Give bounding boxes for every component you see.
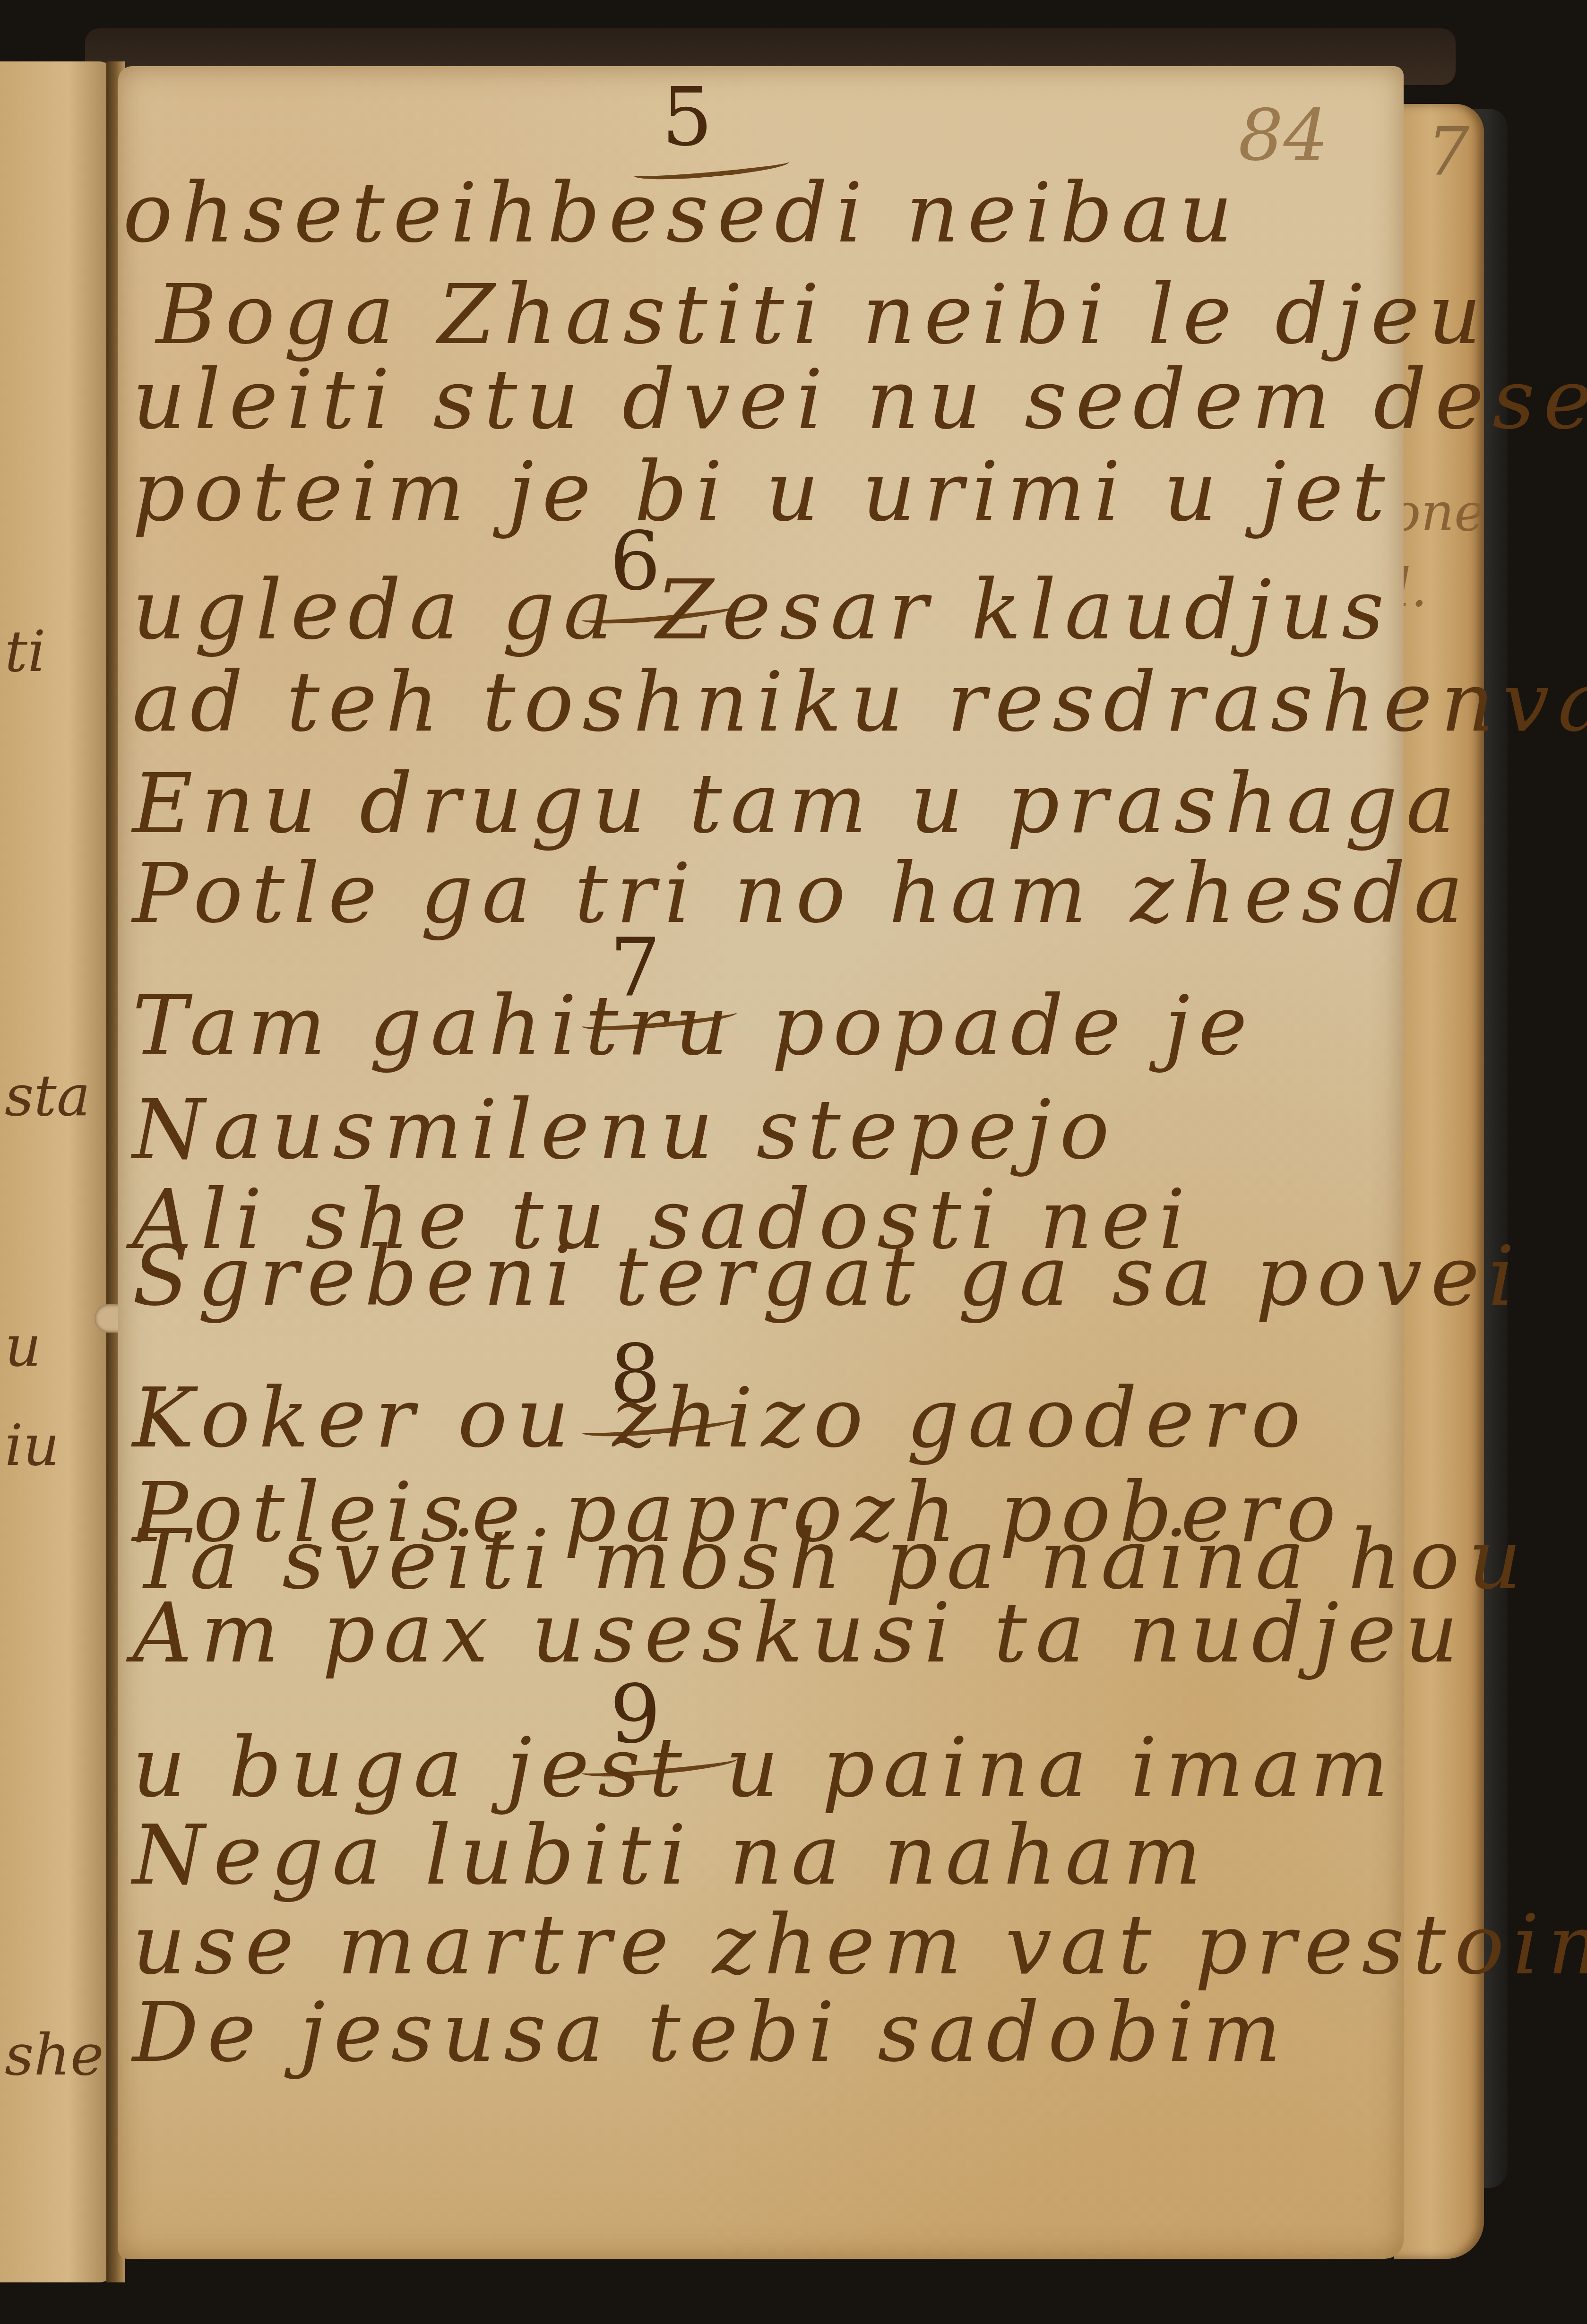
manuscript-line: Boga Zhastiti neibi le djeu (156, 267, 1490, 363)
manuscript-line: poteim je bi u urimi u jet (132, 444, 1394, 540)
edge-fragment-text: one (1389, 482, 1485, 542)
manuscript-line: Nausmilenu stepejo (132, 1082, 1118, 1178)
left-page-fragment: ti sta u iu she (0, 61, 113, 2282)
left-fragment-text: she (5, 2023, 104, 2088)
left-fragment-text: sta (5, 1063, 90, 1129)
manuscript-line: Tam gahitru popade je (132, 978, 1256, 1074)
manuscript-line: ad teh toshniku resdrashenvas (132, 654, 1587, 750)
manuscript-line: Am pax useskusi ta nudjeu (132, 1585, 1466, 1681)
manuscript-line: ohseteihbesedi neibau (123, 165, 1241, 261)
manuscript-line: ugleda ga Zesar klaudjus (132, 562, 1393, 658)
manuscript-line: u buga jest u paina imam (132, 1720, 1397, 1816)
left-fragment-text: u (5, 1314, 41, 1379)
manuscript-line: uleiti stu dvei nu sedem deset (132, 352, 1587, 448)
manuscript-line: Sgrebeni tergat ga sa povei (132, 1229, 1523, 1325)
manuscript-line: Potle ga tri no ham zhesda (132, 846, 1472, 942)
manuscript-line: Koker ou zhizo gaodero (132, 1370, 1309, 1466)
edge-mark: 7 (1427, 113, 1469, 190)
manuscript-line: De jesusa tebi sadobim (132, 1985, 1290, 2081)
verse-number: 5 (662, 71, 713, 164)
left-fragment-text: iu (5, 1413, 60, 1479)
manuscript-line: Enu drugu tam u prashaga (132, 756, 1464, 852)
manuscript-line: use martre zhem vat prestoim (132, 1897, 1587, 1993)
left-fragment-text: ti (5, 619, 46, 685)
manuscript-line: Nega lubiti na naham (132, 1808, 1210, 1903)
folio-number: 84 (1238, 95, 1328, 177)
